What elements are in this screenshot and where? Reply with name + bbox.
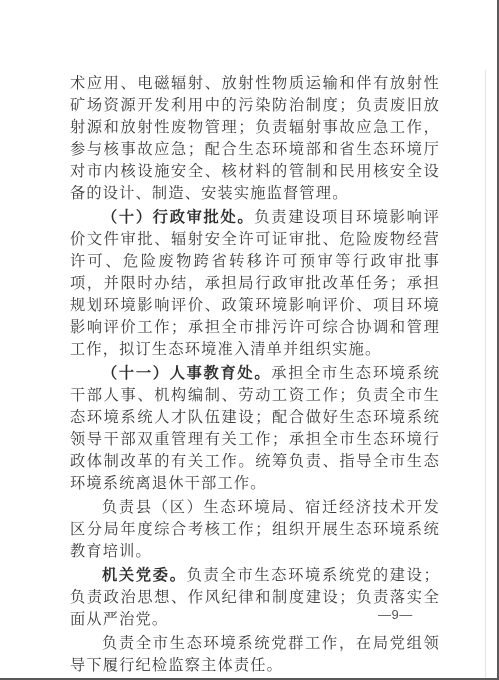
document-body: 术应用、电磁辐射、放射性物质运输和伴有放射性矿场资源开发利用中的污染防治制度；负… [70,72,440,678]
paragraph-county-assessment: 负责县（区）生态环境局、宿迁经济技术开发区分局年度综合考核工作；组织开展生态环境… [70,496,440,562]
section-heading-personnel-education: （十一）人事教育处。 [102,364,271,382]
paragraph-text: 承担全市生态环境系统干部人事、机构编制、劳动工资工作；负责全市生态环境系统人才队… [70,364,440,492]
paragraph-text: 负责建设项目环境影响评价文件审批、辐射安全许可证审批、危险废物经营许可、危险废物… [70,208,440,358]
paragraph-text: 术应用、电磁辐射、放射性物质运输和伴有放射性矿场资源开发利用中的污染防治制度；负… [70,74,440,202]
page-number: —9— [378,607,413,622]
scan-shadow-line [485,70,486,678]
paragraph-text: 负责县（区）生态环境局、宿迁经济技术开发区分局年度综合考核工作；组织开展生态环境… [70,498,440,560]
paragraph-radiation-continued: 术应用、电磁辐射、放射性物质运输和伴有放射性矿场资源开发利用中的污染防治制度；负… [70,72,440,204]
paragraph-text: 负责全市生态环境系统党群工作，在局党组领导下履行纪检监察主体责任。 [70,634,440,674]
document-page: 术应用、电磁辐射、放射性物质运输和伴有放射性矿场资源开发利用中的污染防治制度；负… [0,0,499,680]
paragraph-personnel-education: （十一）人事教育处。承担全市生态环境系统干部人事、机构编制、劳动工资工作；负责全… [70,362,440,494]
paragraph-admin-approval: （十）行政审批处。负责建设项目环境影响评价文件审批、辐射安全许可证审批、危险废物… [70,206,440,360]
section-heading-admin-approval: （十）行政审批处。 [102,208,254,226]
paragraph-party-mass-work: 负责全市生态环境系统党群工作，在局党组领导下履行纪检监察主体责任。 [70,632,440,676]
section-heading-party-committee: 机关党委。 [102,566,187,584]
